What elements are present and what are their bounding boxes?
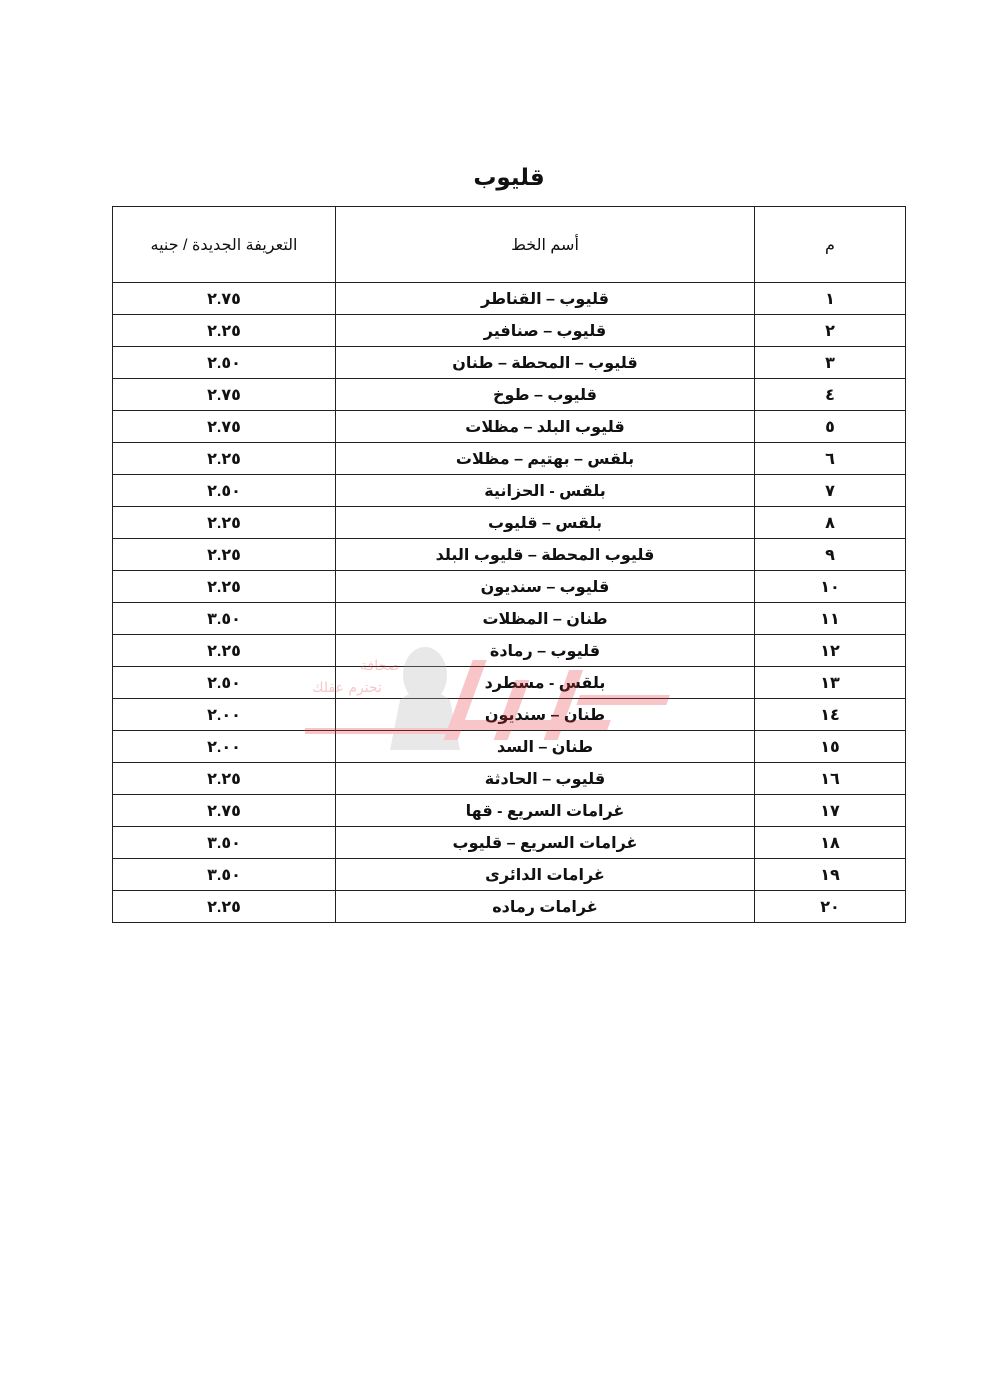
table-row: ١٣بلقس - مسطرد٢.٥٠ [113,667,906,699]
table-body: ١قليوب – القناطر٢.٧٥٢قليوب – صنافير٢.٢٥٣… [113,283,906,923]
row-number: ٦ [755,443,906,475]
table-row: ٢٠غرامات رماده٢.٢٥ [113,891,906,923]
table-row: ١٠قليوب – سنديون٢.٢٥ [113,571,906,603]
row-number: ١٢ [755,635,906,667]
table-row: ٤قليوب – طوخ٢.٧٥ [113,379,906,411]
fare-value: ٢.٧٥ [113,795,336,827]
fare-value: ٢.٥٠ [113,475,336,507]
table-row: ١٧غرامات السريع - قها٢.٧٥ [113,795,906,827]
row-number: ٢ [755,315,906,347]
fare-value: ٣.٥٠ [113,859,336,891]
fare-value: ٢.٢٥ [113,571,336,603]
row-number: ١٩ [755,859,906,891]
line-name: بلقس - مسطرد [336,667,755,699]
row-number: ١١ [755,603,906,635]
fare-value: ٢.٢٥ [113,539,336,571]
fare-value: ٢.٢٥ [113,891,336,923]
fare-value: ٣.٥٠ [113,827,336,859]
line-name: طنان – سنديون [336,699,755,731]
line-name: غرامات الدائرى [336,859,755,891]
line-name: بلقس - الحزانية [336,475,755,507]
row-number: ١٤ [755,699,906,731]
table-row: ٧بلقس - الحزانية٢.٥٠ [113,475,906,507]
line-name: قليوب المحطة – قليوب البلد [336,539,755,571]
row-number: ٥ [755,411,906,443]
table-row: ١٩غرامات الدائرى٣.٥٠ [113,859,906,891]
line-name: غرامات رماده [336,891,755,923]
fare-table: م أسم الخط التعريفة الجديدة / جنيه ١قليو… [112,206,906,923]
row-number: ١٠ [755,571,906,603]
fare-value: ٢.٧٥ [113,283,336,315]
table-row: ٥قليوب البلد – مظلات٢.٧٥ [113,411,906,443]
line-name: طنان – المظلات [336,603,755,635]
header-new-fare: التعريفة الجديدة / جنيه [113,207,336,283]
fare-value: ٢.٥٠ [113,347,336,379]
table-row: ١٨غرامات السريع – قليوب٣.٥٠ [113,827,906,859]
row-number: ٧ [755,475,906,507]
row-number: ١ [755,283,906,315]
line-name: طنان – السد [336,731,755,763]
page-title: قليوب [0,164,990,191]
table-row: ١٥طنان – السد٢.٠٠ [113,731,906,763]
row-number: ٣ [755,347,906,379]
line-name: بلقس – قليوب [336,507,755,539]
row-number: ٤ [755,379,906,411]
fare-value: ٢.٠٠ [113,699,336,731]
line-name: غرامات السريع – قليوب [336,827,755,859]
fare-value: ٢.٧٥ [113,411,336,443]
fare-value: ٢.٢٥ [113,315,336,347]
line-name: قليوب – سنديون [336,571,755,603]
table-row: ١قليوب – القناطر٢.٧٥ [113,283,906,315]
line-name: بلقس – بهتيم – مظلات [336,443,755,475]
row-number: ١٥ [755,731,906,763]
table-row: ٨بلقس – قليوب٢.٢٥ [113,507,906,539]
row-number: ١٧ [755,795,906,827]
fare-value: ٢.٥٠ [113,667,336,699]
line-name: قليوب – طوخ [336,379,755,411]
row-number: ١٨ [755,827,906,859]
line-name: قليوب – صنافير [336,315,755,347]
fare-value: ٢.٢٥ [113,635,336,667]
fare-value: ٢.٠٠ [113,731,336,763]
fare-value: ٢.٢٥ [113,507,336,539]
row-number: ١٦ [755,763,906,795]
table-row: ٣قليوب – المحطة – طنان٢.٥٠ [113,347,906,379]
row-number: ١٣ [755,667,906,699]
line-name: قليوب – القناطر [336,283,755,315]
fare-value: ٣.٥٠ [113,603,336,635]
header-number: م [755,207,906,283]
line-name: غرامات السريع - قها [336,795,755,827]
header-line-name: أسم الخط [336,207,755,283]
row-number: ٩ [755,539,906,571]
line-name: قليوب – المحطة – طنان [336,347,755,379]
fare-value: ٢.٧٥ [113,379,336,411]
line-name: قليوب البلد – مظلات [336,411,755,443]
line-name: قليوب – الحادثة [336,763,755,795]
fare-value: ٢.٢٥ [113,443,336,475]
table-row: ١٤طنان – سنديون٢.٠٠ [113,699,906,731]
table-header-row: م أسم الخط التعريفة الجديدة / جنيه [113,207,906,283]
line-name: قليوب – رمادة [336,635,755,667]
table-row: ٩قليوب المحطة – قليوب البلد٢.٢٥ [113,539,906,571]
row-number: ٢٠ [755,891,906,923]
table-row: ١١طنان – المظلات٣.٥٠ [113,603,906,635]
table-row: ٢قليوب – صنافير٢.٢٥ [113,315,906,347]
table-row: ١٦قليوب – الحادثة٢.٢٥ [113,763,906,795]
fare-value: ٢.٢٥ [113,763,336,795]
row-number: ٨ [755,507,906,539]
table-row: ٦بلقس – بهتيم – مظلات٢.٢٥ [113,443,906,475]
table-row: ١٢قليوب – رمادة٢.٢٥ [113,635,906,667]
